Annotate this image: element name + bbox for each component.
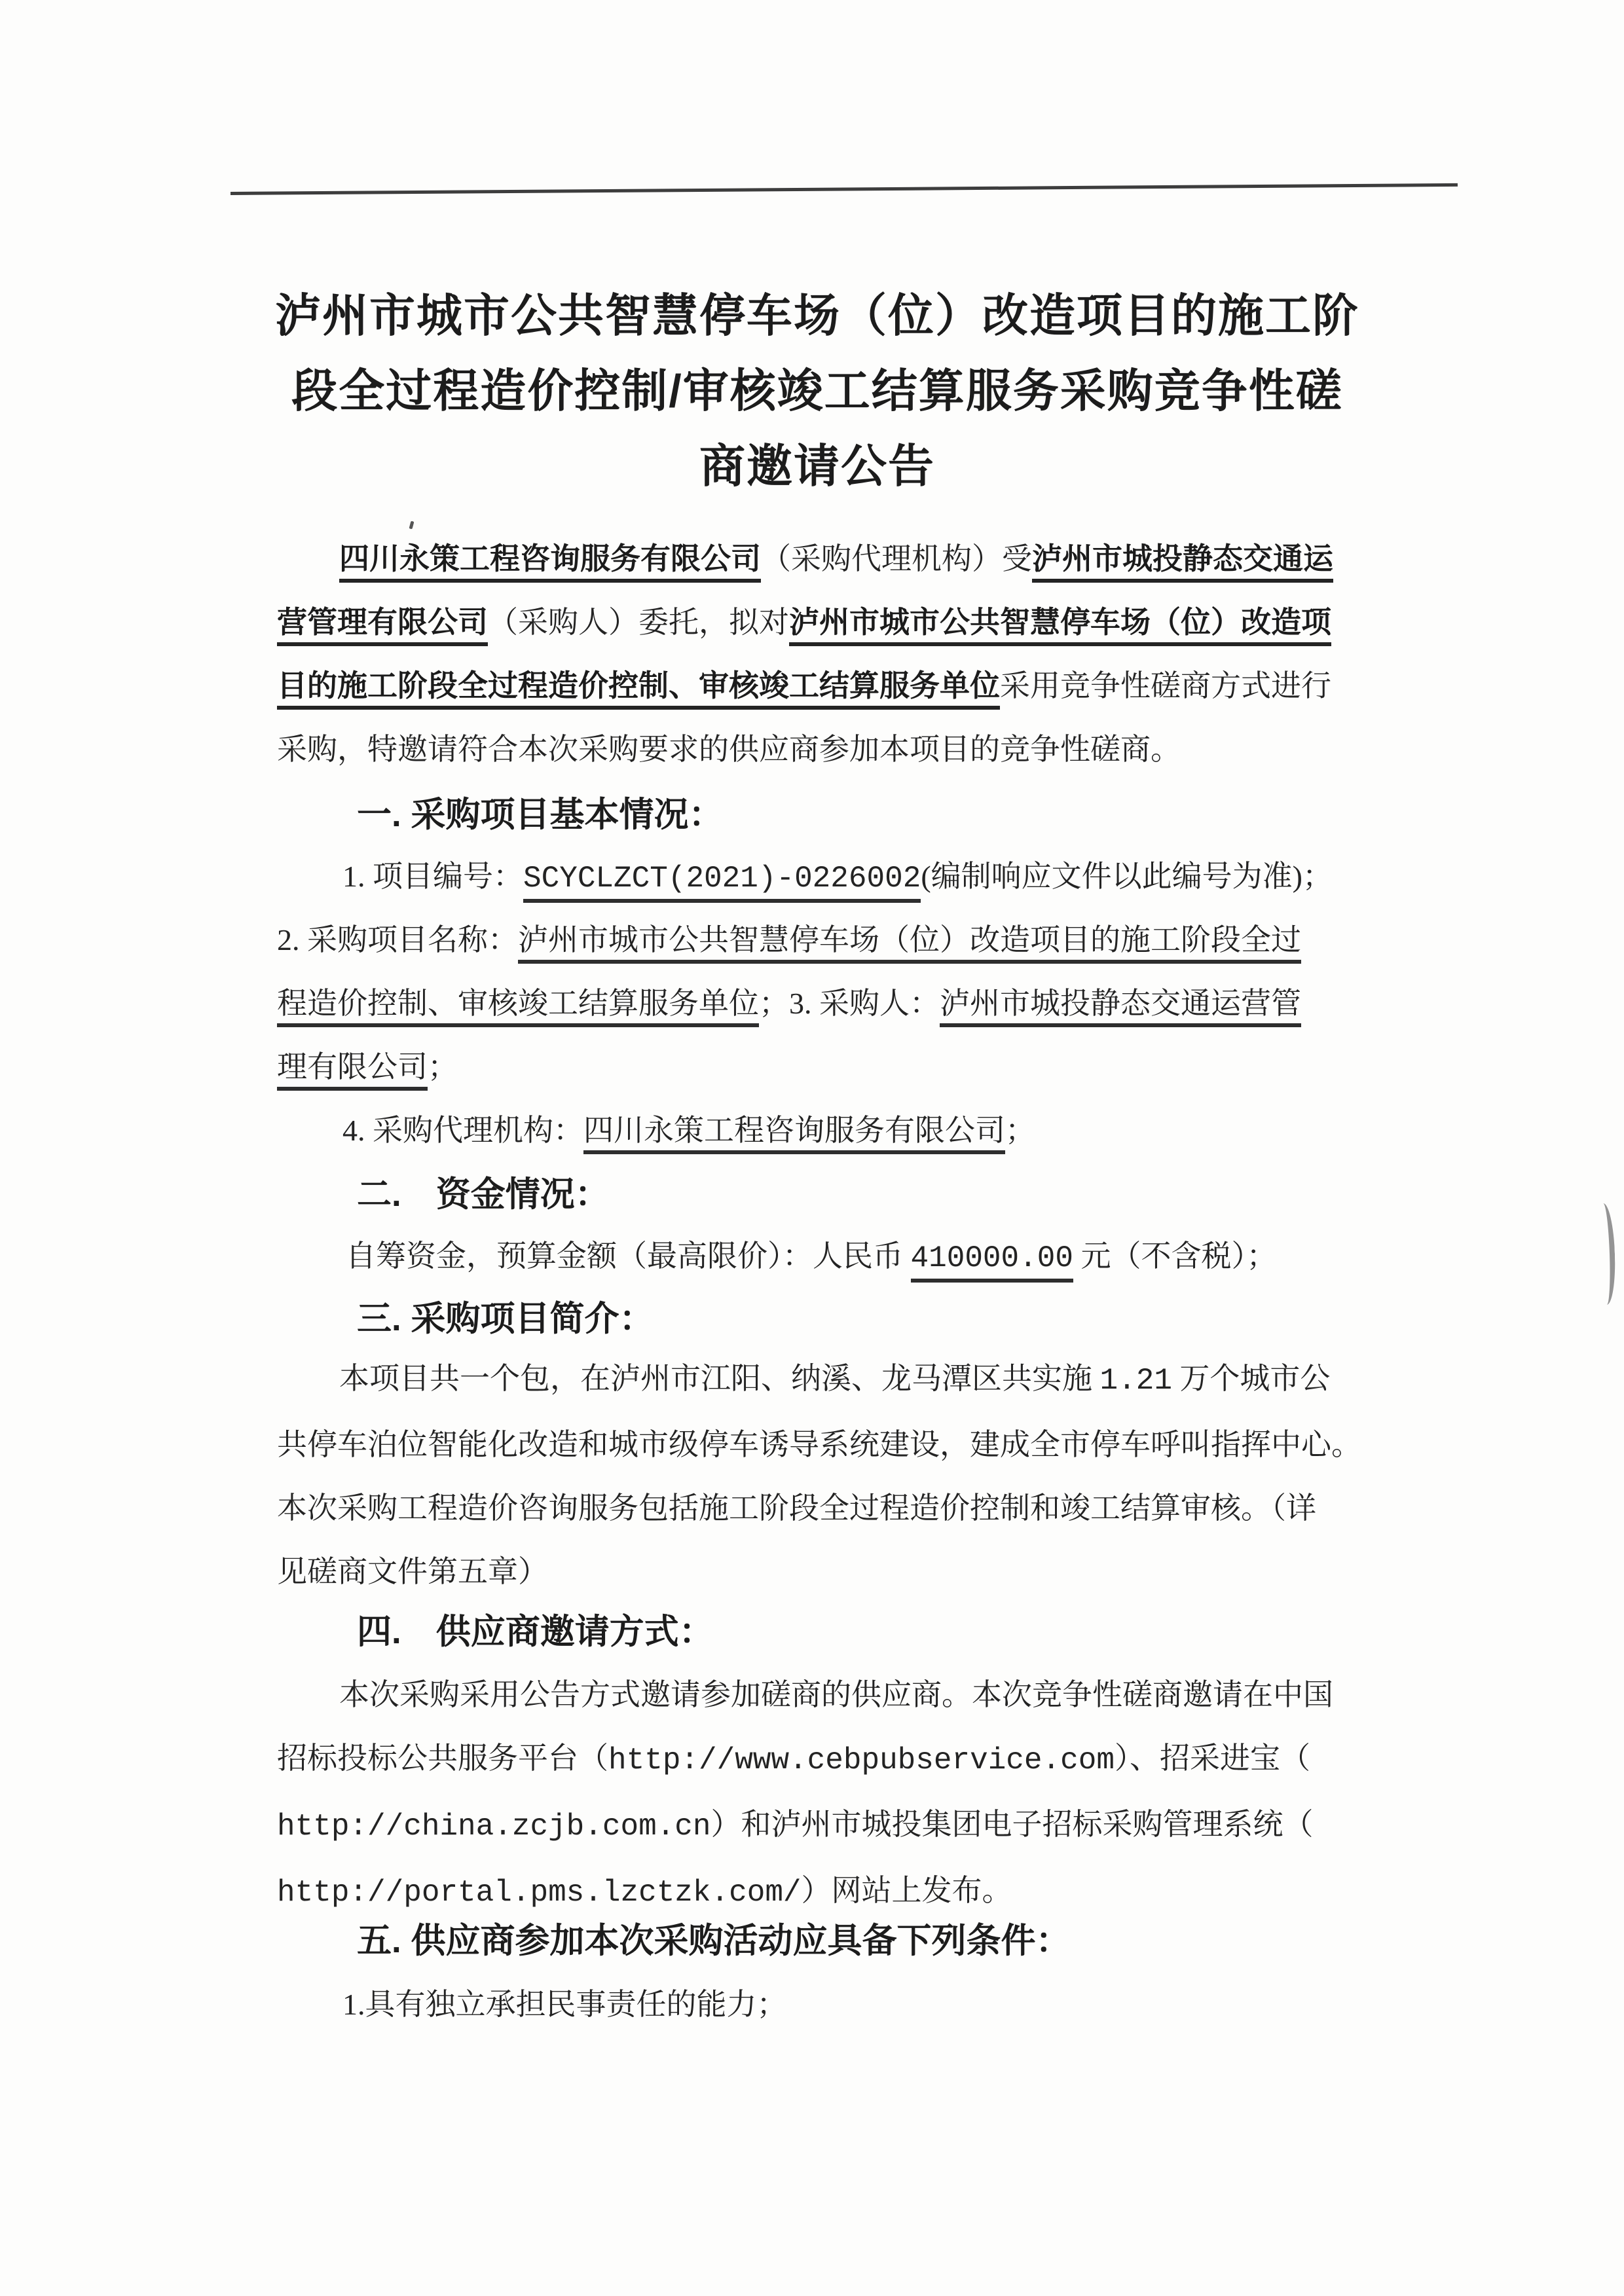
intro-line-3: 目的施工阶段全过程造价控制、审核竣工结算服务单位采用竞争性磋商方式进行 bbox=[277, 654, 1390, 718]
agency-line: 4. 采购代理机构：四川永策工程咨询服务有限公司； bbox=[277, 1099, 1390, 1162]
section4-paragraph: 本次采购采用公告方式邀请参加磋商的供应商。本次竞争性磋商邀请在中国 招标投标公共… bbox=[277, 1663, 1390, 1925]
section2-body: 自筹资金，预算金额（最高限价）：人民币 410000.00 元（不含税）； bbox=[277, 1224, 1390, 1290]
title-line-1: 泸州市城市公共智慧停车场（位）改造项目的施工阶 bbox=[274, 278, 1361, 354]
procurement-project-name-part2: 程造价控制、审核竣工结算服务单位 bbox=[277, 987, 759, 1027]
scan-edge-artifact bbox=[1593, 1203, 1616, 1305]
section5-item-1: 1.具有独立承担民事责任的能力； bbox=[277, 1973, 1390, 2036]
title-line-2: 段全过程造价控制/审核竣工结算服务采购竞争性磋 bbox=[274, 354, 1361, 429]
parking-spaces-count: 1.21 bbox=[1100, 1364, 1172, 1398]
section3-line-3: 本次采购工程造价咨询服务包括施工阶段全过程造价控制和竣工结算审核。（详 bbox=[277, 1476, 1390, 1540]
project-number-line: 1. 项目编号：SCYCLZCT(2021)-0226002(编制响应文件以此编… bbox=[277, 845, 1390, 911]
section5-body: 1.具有独立承担民事责任的能力； bbox=[277, 1973, 1390, 2036]
project-name-part1: 泸州市城市公共智慧停车场（位）改造项 bbox=[789, 606, 1331, 646]
intro-line-4: 采购，特邀请符合本次采购要求的供应商参加本项目的竞争性磋商。 bbox=[277, 718, 1390, 781]
purchaser-name-ref-part1: 泸州市城投静态交通运营管 bbox=[940, 987, 1301, 1027]
intro-paragraph: 四川永策工程咨询服务有限公司（采购代理机构）受泸州市城投静态交通运 营管理有限公… bbox=[277, 527, 1390, 781]
section3-paragraph: 本项目共一个包，在泸州市江阳、纳溪、龙马潭区共实施 1.21 万个城市公 共停车… bbox=[277, 1347, 1390, 1603]
section2-heading: 二. 资金情况： bbox=[277, 1163, 1470, 1226]
section3-line-1: 本项目共一个包，在泸州市江阳、纳溪、龙马潭区共实施 1.21 万个城市公 bbox=[277, 1347, 1390, 1413]
section3-line-4: 见磋商文件第五章） bbox=[277, 1540, 1390, 1603]
title-line-3: 商邀请公告 bbox=[274, 429, 1361, 504]
procurement-project-name-part1: 泸州市城市公共智慧停车场（位）改造项目的施工阶段全过 bbox=[518, 923, 1301, 964]
budget-amount: 410000.00 bbox=[911, 1241, 1073, 1283]
section4-line-2: 招标投标公共服务平台（http://www.cebpubservice.com）… bbox=[277, 1726, 1390, 1793]
section1-item2-3: 2. 采购项目名称：泸州市城市公共智慧停车场（位）改造项目的施工阶段全过 程造价… bbox=[277, 908, 1390, 1099]
section1-item4: 4. 采购代理机构：四川永策工程咨询服务有限公司； bbox=[277, 1099, 1390, 1162]
section5-heading: 五. 供应商参加本次采购活动应具备下列条件： bbox=[277, 1909, 1470, 1973]
funds-line: 自筹资金，预算金额（最高限价）：人民币 410000.00 元（不含税）； bbox=[277, 1224, 1390, 1290]
document-page: 泸州市城市公共智慧停车场（位）改造项目的施工阶 段全过程造价控制/审核竣工结算服… bbox=[0, 0, 1624, 2296]
cebpubservice-url: http://www.cebpubservice.com bbox=[608, 1743, 1115, 1777]
project-name-line-3: 理有限公司； bbox=[277, 1035, 1390, 1099]
top-rule-line bbox=[231, 183, 1458, 195]
intro-line-1: 四川永策工程咨询服务有限公司（采购代理机构）受泸州市城投静态交通运 bbox=[277, 527, 1390, 591]
purchaser-name-part2: 营管理有限公司 bbox=[277, 606, 488, 646]
section3-line-2: 共停车泊位智能化改造和城市级停车诱导系统建设，建成全市停车呼叫指挥中心。 bbox=[277, 1413, 1390, 1476]
lzctzk-portal-url: http://portal.pms.lzctzk.com/ bbox=[277, 1876, 802, 1910]
section3-heading: 三. 采购项目简介： bbox=[277, 1287, 1470, 1351]
document-title: 泸州市城市公共智慧停车场（位）改造项目的施工阶 段全过程造价控制/审核竣工结算服… bbox=[274, 278, 1361, 504]
zcjb-url: http://china.zcjb.com.cn bbox=[277, 1810, 711, 1844]
intro-line-2: 营管理有限公司（采购人）委托，拟对泸州市城市公共智慧停车场（位）改造项 bbox=[277, 591, 1390, 654]
project-number: SCYCLZCT(2021)-0226002 bbox=[523, 862, 921, 903]
project-name-line-1: 2. 采购项目名称：泸州市城市公共智慧停车场（位）改造项目的施工阶段全过 bbox=[277, 908, 1390, 972]
section4-line-3: http://china.zcjb.com.cn）和泸州市城投集团电子招标采购管… bbox=[277, 1793, 1390, 1859]
section4-line-1: 本次采购采用公告方式邀请参加磋商的供应商。本次竞争性磋商邀请在中国 bbox=[277, 1663, 1390, 1726]
purchaser-name-ref-part2: 理有限公司 bbox=[277, 1050, 428, 1091]
agency-name-ref: 四川永策工程咨询服务有限公司 bbox=[583, 1114, 1005, 1154]
section1-item1: 1. 项目编号：SCYCLZCT(2021)-0226002(编制响应文件以此编… bbox=[277, 845, 1390, 911]
agency-name: 四川永策工程咨询服务有限公司 bbox=[339, 542, 761, 583]
purchaser-name-part1: 泸州市城投静态交通运 bbox=[1032, 542, 1333, 583]
project-name-line-2: 程造价控制、审核竣工结算服务单位；3. 采购人：泸州市城投静态交通运营管 bbox=[277, 972, 1390, 1035]
section4-heading: 四. 供应商邀请方式： bbox=[277, 1600, 1470, 1664]
section1-heading: 一. 采购项目基本情况： bbox=[277, 783, 1470, 847]
project-name-part2: 目的施工阶段全过程造价控制、审核竣工结算服务单位 bbox=[277, 669, 1000, 710]
